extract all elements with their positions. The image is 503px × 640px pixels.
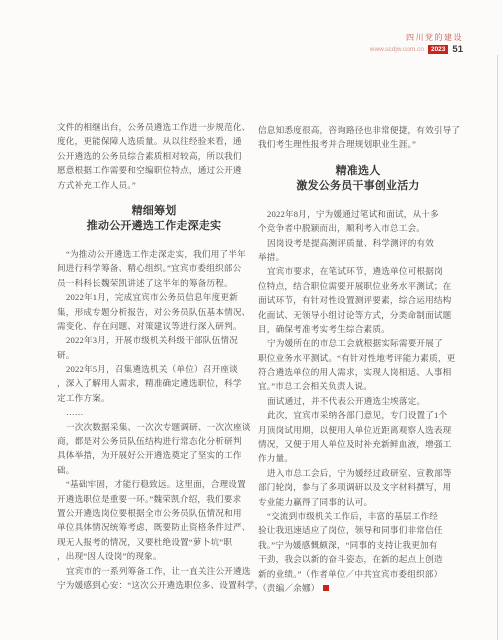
text-line: 需变化、存在问题、对策建议等进行深入研判。 bbox=[57, 319, 251, 333]
text-line: 度化，更能保障人选质量。从以往经验来看，通 bbox=[57, 134, 251, 148]
magazine-title: 四川党的建设 bbox=[370, 33, 463, 42]
text-line: 专业能力赢得了同事的认可。 bbox=[258, 495, 458, 509]
text-line: 单位具体情况统筹考虑，既要防止资格条件过严、 bbox=[57, 520, 251, 534]
text-line: “为推动公开遴选工作走深走实，我们用了半年 bbox=[57, 247, 251, 261]
text-line: 情况，又便于用人单位及时补充新鲜血液，增强工 bbox=[258, 437, 458, 451]
text-line: 位特点，结合职位需要开展职位业务水平测试；在 bbox=[258, 279, 458, 293]
text-line: 宜。”市总工会相关负责人说。 bbox=[258, 379, 458, 393]
text-line: 宜宾市的一系列筹备工作，让一直关注公开遴选 bbox=[57, 564, 251, 578]
text-line: 间进行科学筹备、精心组织。”宜宾市委组织部公 bbox=[57, 261, 251, 275]
magazine-meta: www.scdjw.com.cn 2023 51 bbox=[370, 44, 463, 55]
text-line: 精细筹划 bbox=[57, 204, 251, 220]
text-line: 研。 bbox=[57, 348, 251, 362]
text-line: 开遴选职位是重要一环。”魏荣凯介绍，我们要求 bbox=[57, 492, 251, 506]
text-line: 方式补充工作人员。” bbox=[57, 178, 251, 192]
text-line: 部门轮岗，参与了多项调研以及文字材料撰写，用 bbox=[258, 480, 458, 494]
text-line: 面试环节，有针对性设置测评要素，综合运用结构 bbox=[258, 293, 458, 307]
text-line: 公开遴选的公务员综合素质相对较高，所以我们 bbox=[57, 149, 251, 163]
text-line: 此次，宜宾市采纳各部门意见，专门设置了1个 bbox=[258, 408, 458, 422]
magazine-website: www.scdjw.com.cn bbox=[370, 46, 424, 53]
text-line: 2022年1月，完成宜宾市公务员信息年度更新 bbox=[57, 290, 251, 304]
text-line: 符合遴选单位的用人需求，实现人岗相适、人事相 bbox=[258, 365, 458, 379]
text-line: 作力量。 bbox=[258, 451, 458, 465]
text-line: 我。”宁为媛感慨颇深，“同事的支持让我更加有 bbox=[258, 538, 458, 552]
text-line: 现无人报考的情况，又要杜绝设置“萝卜坑”职 bbox=[57, 535, 251, 549]
text-line: 一次次数据采集、一次次专题调研、一次次座谈 bbox=[57, 420, 251, 434]
text-line: （责编／余娜） bbox=[258, 581, 458, 595]
text-line: 干劲，我会以新的奋斗姿态，在新的起点上创造 bbox=[258, 552, 458, 566]
text-line: ，深入了解用人需求，精准确定遴选职位，科学 bbox=[57, 376, 251, 390]
text-line: 宜宾市要求，在笔试环节，遴选单位可根据岗 bbox=[258, 264, 458, 278]
text-line: 新的业绩。”（作者单位／中共宜宾市委组织部） bbox=[258, 567, 458, 581]
text-line: 推动公开遴选工作走深走实 bbox=[57, 219, 251, 235]
text-line: 集，形成专题分析报告，对公务员队伍基本情况、 bbox=[57, 305, 251, 319]
text-line: 个竞争者中脱颖而出，顺利考入市总工会。 bbox=[258, 221, 458, 235]
paragraph-block: 文件的相继出台，公务员遴选工作进一步规范化、度化，更能保障人选质量。从以往经验来… bbox=[57, 120, 251, 192]
paragraph-block: “为推动公开遴选工作走深走实，我们用了半年间进行科学筹备、精心组织。”宜宾市委组… bbox=[57, 247, 251, 592]
paragraph-block: 2022年8月，宁为媛通过笔试和面试，从十多个竞争者中脱颖而出，顺利考入市总工会… bbox=[258, 207, 458, 596]
text-line: 精准选人 bbox=[258, 164, 458, 180]
year-badge: 2023 bbox=[428, 45, 448, 54]
text-line: 2022年8月，宁为媛通过笔试和面试，从十多 bbox=[258, 207, 458, 221]
text-line: 面试通过，并不代表公开遴选尘埃落定。 bbox=[258, 394, 458, 408]
text-line: 2022年5月，召集遴选机关（单位）召开座谈 bbox=[57, 362, 251, 376]
magazine-page: 四川党的建设 www.scdjw.com.cn 2023 51 文件的相继出台，… bbox=[0, 0, 503, 640]
text-line: “基础牢固，才能行稳致远。这里面，合理设置 bbox=[57, 477, 251, 491]
text-line: 宁为媛感到心安：“这次公开遴选职位多、设置科学， bbox=[57, 578, 251, 592]
text-line: 目，确保考准考实考生综合素质。 bbox=[258, 322, 458, 336]
text-line: 础。 bbox=[57, 463, 251, 477]
column-right: 信息知悉度很高，咨询路径也非常便捷，有效引导了我们考生理性报考并合理规划职业生涯… bbox=[258, 123, 458, 595]
text-line: “交流到市级机关工作后，丰富的基层工作经 bbox=[258, 509, 458, 523]
column-left: 文件的相继出台，公务员遴选工作进一步规范化、度化，更能保障人选质量。从以往经验来… bbox=[57, 120, 251, 592]
section-heading: 精细筹划推动公开遴选工作走深走实 bbox=[57, 204, 251, 235]
text-line: 因岗设考是提高测评质量、科学测评的有效 bbox=[258, 236, 458, 250]
text-line: 月顶岗试用期，以便用人单位近距离观察人选表现 bbox=[258, 423, 458, 437]
text-line: 置公开遴选岗位要根据全市公务员队伍情况和用 bbox=[57, 506, 251, 520]
text-line: 举措。 bbox=[258, 250, 458, 264]
text-line: 愿意根据工作需要和空编职位特点，通过公开遴 bbox=[57, 163, 251, 177]
section-heading: 精准选人激发公务员干事创业活力 bbox=[258, 164, 458, 195]
text-line: 验让我迅速适应了岗位，领导和同事们非常信任 bbox=[258, 523, 458, 537]
page-edge-line bbox=[497, 55, 498, 640]
text-line: 文件的相继出台，公务员遴选工作进一步规范化、 bbox=[57, 120, 251, 134]
text-line: 化面试、无领导小组讨论等方式，分类命制面试题 bbox=[258, 308, 458, 322]
text-line: …… bbox=[57, 405, 251, 419]
paragraph-block: 信息知悉度很高，咨询路径也非常便捷，有效引导了我们考生理性报考并合理规划职业生涯… bbox=[258, 123, 458, 152]
text-line: 职位业务水平测试。“有针对性地考评能力素质，更 bbox=[258, 351, 458, 365]
text-line: 我们考生理性报考并合理规划职业生涯。” bbox=[258, 137, 458, 151]
text-line: 信息知悉度很高，咨询路径也非常便捷，有效引导了 bbox=[258, 123, 458, 137]
text-line: 定工作方案。 bbox=[57, 391, 251, 405]
text-line: ，出现“因人设岗”的现象。 bbox=[57, 549, 251, 563]
page-number: 51 bbox=[452, 44, 463, 55]
text-line: 激发公务员干事创业活力 bbox=[258, 179, 458, 195]
text-line: 员一科科长魏荣凯讲述了这半年的筹备历程。 bbox=[57, 276, 251, 290]
text-line: 具体举措，为开展好公开遴选奠定了坚实的工作 bbox=[57, 448, 251, 462]
article-end-mark-icon bbox=[323, 585, 329, 591]
text-line: 宁为媛所在的市总工会就根据实际需要开展了 bbox=[258, 336, 458, 350]
magazine-header: 四川党的建设 www.scdjw.com.cn 2023 51 bbox=[370, 33, 463, 55]
text-line: 2022年3月，开展市级机关科级干部队伍情况 bbox=[57, 333, 251, 347]
text-line: 商，都是对公务员队伍结构进行常态化分析研判 bbox=[57, 434, 251, 448]
text-line: 进入市总工会后，宁为媛经过政研室、宣教部等 bbox=[258, 466, 458, 480]
